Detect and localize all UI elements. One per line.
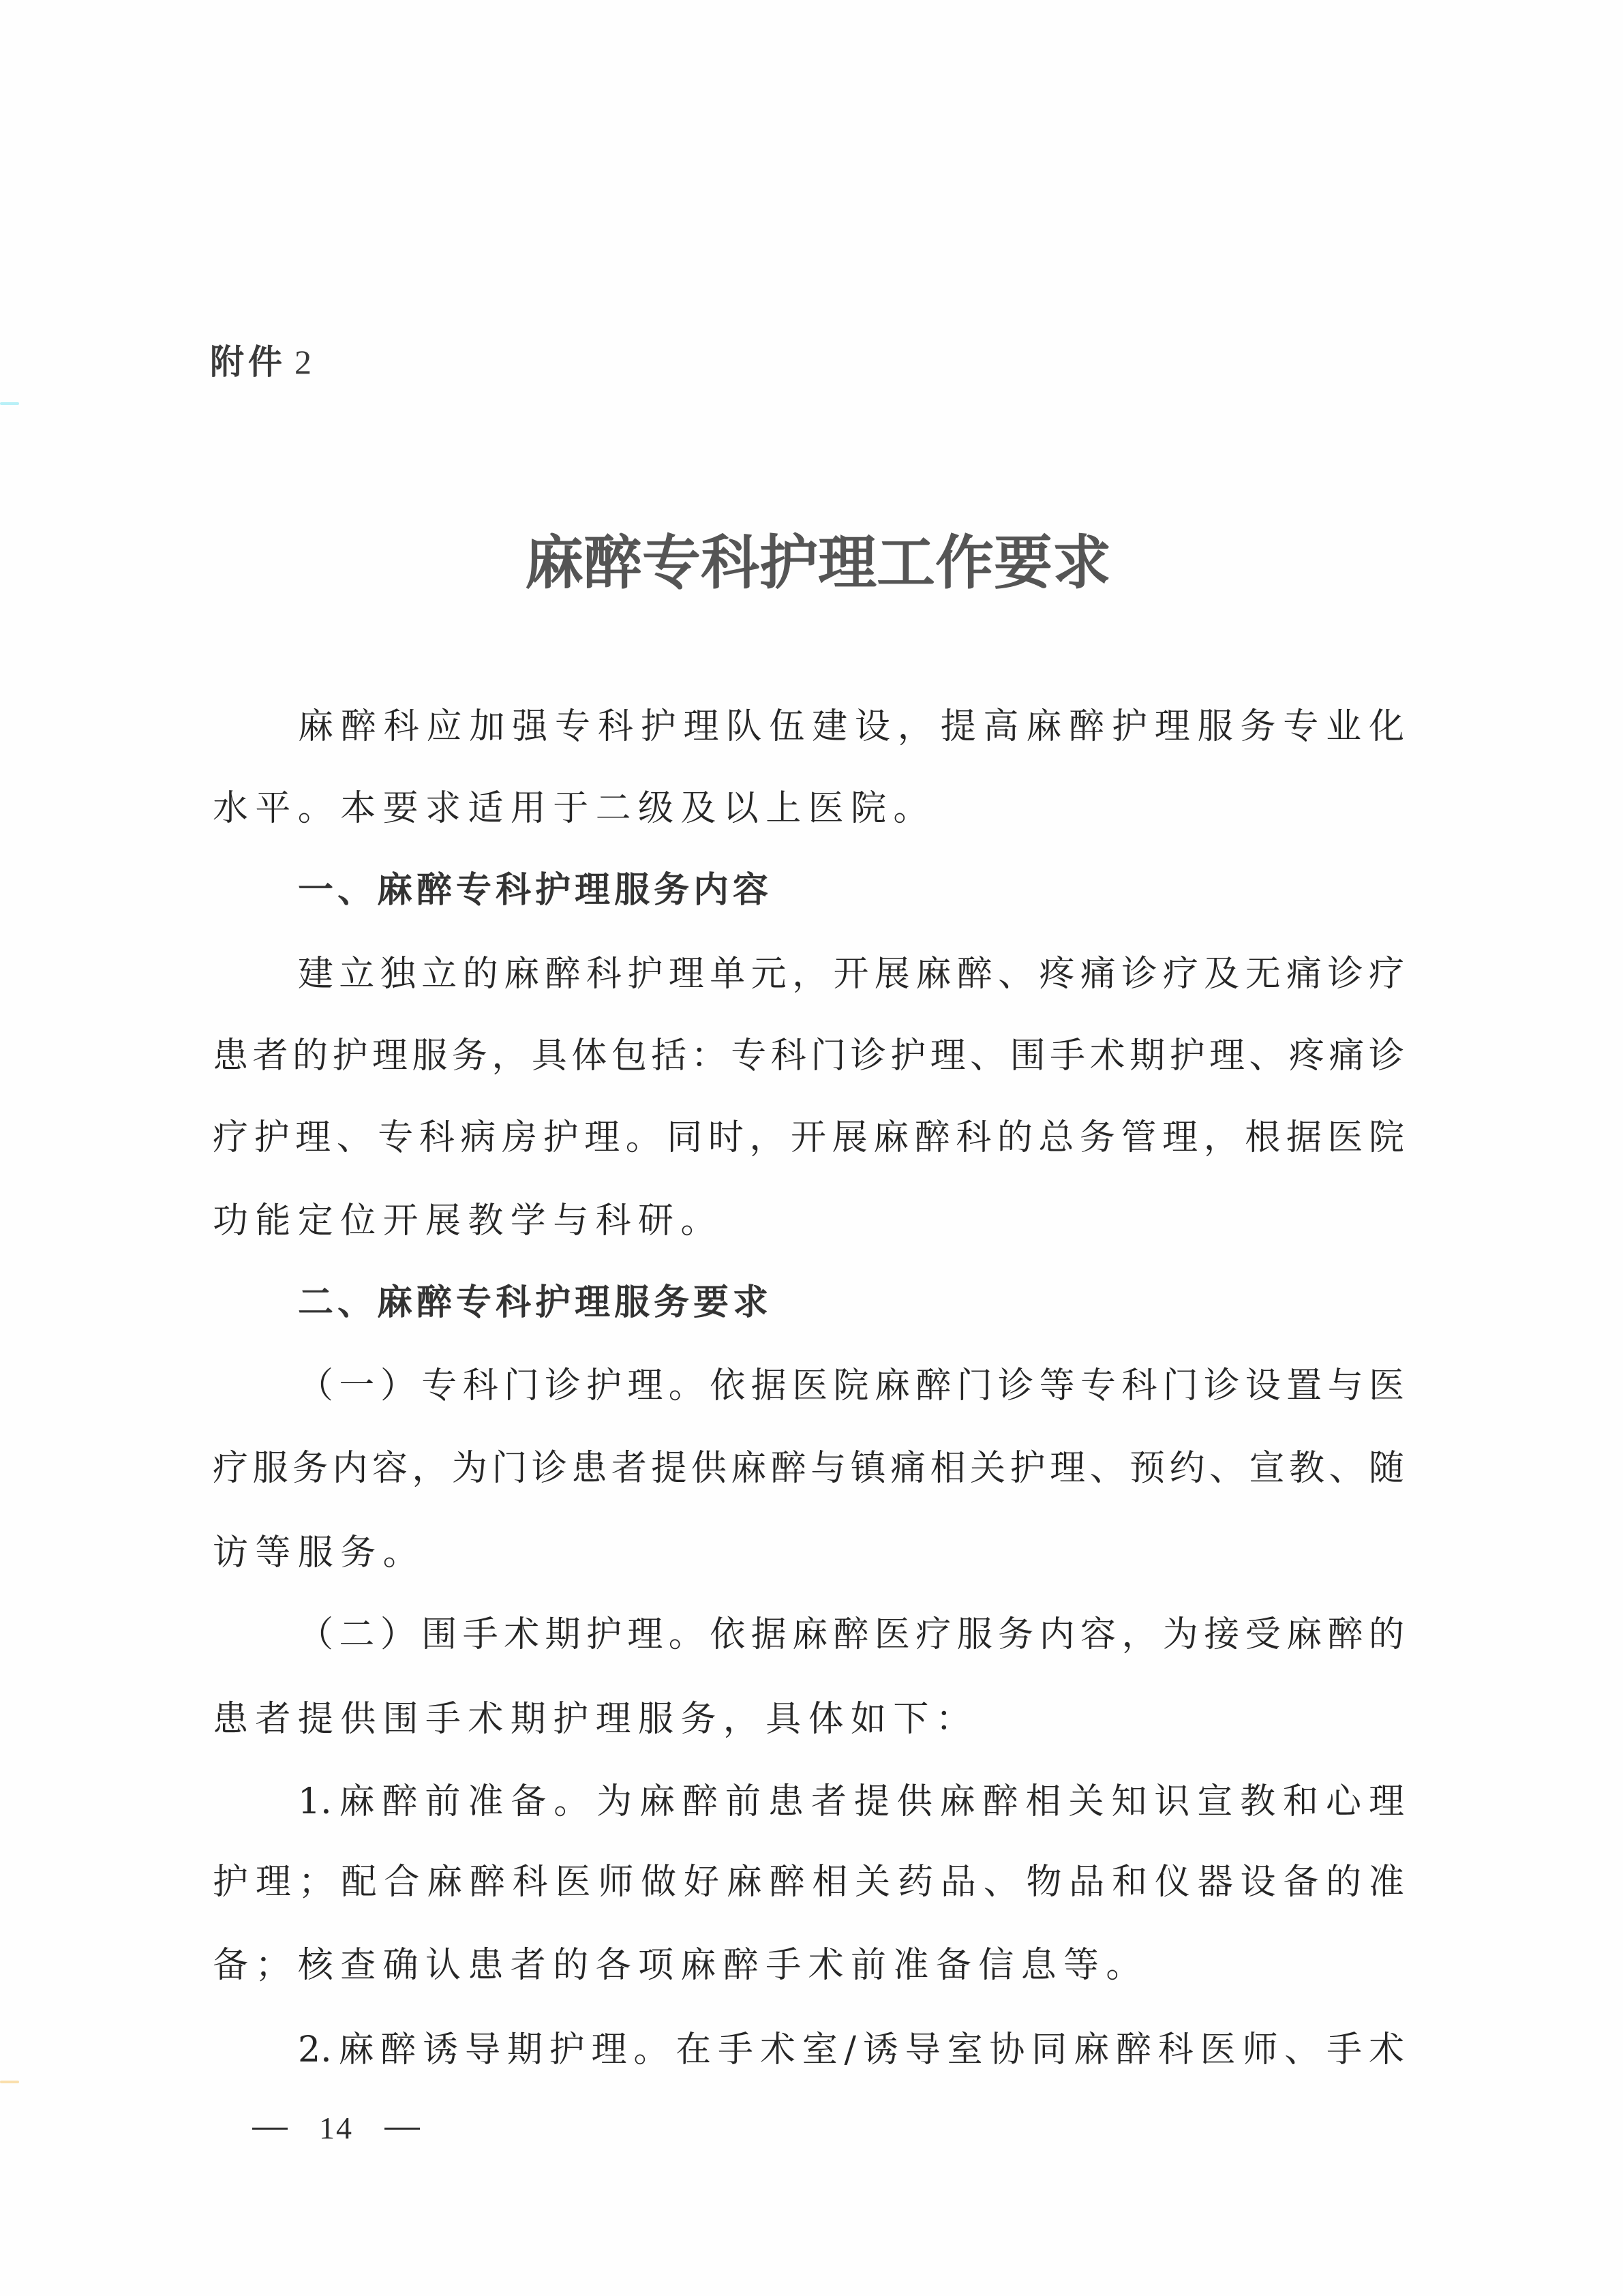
scan-edge-mark-orange xyxy=(0,2081,19,2083)
paragraph-line: 1.麻醉前准备。为麻醉前患者提供麻醉相关知识宣教和心理 xyxy=(298,1779,1404,1824)
paragraph-line: 疗护理、专科病房护理。同时，开展麻醉科的总务管理，根据医院 xyxy=(213,1115,1404,1160)
attachment-number: 2 xyxy=(294,343,316,381)
page-number-value: 14 xyxy=(319,2113,353,2143)
paragraph-line: （二）围手术期护理。依据麻醉医疗服务内容，为接受麻醉的 xyxy=(298,1612,1404,1657)
document-page: 附件2 麻醉专科护理工作要求 麻醉科应加强专科护理队伍建设，提高麻醉护理服务专业… xyxy=(0,0,1623,2296)
paragraph-line: 麻醉科应加强专科护理队伍建设，提高麻醉护理服务专业化 xyxy=(298,704,1404,749)
paragraph-line: 功能定位开展教学与科研。 xyxy=(213,1198,1404,1243)
paragraph-line: 访等服务。 xyxy=(213,1530,1404,1575)
paragraph-line: 疗服务内容，为门诊患者提供麻醉与镇痛相关护理、预约、宣教、随 xyxy=(213,1446,1404,1491)
section-heading: 一、麻醉专科护理服务内容 xyxy=(298,868,772,913)
scan-edge-mark-cyan xyxy=(0,402,19,405)
paragraph-line: 患者提供围手术期护理服务，具体如下： xyxy=(213,1697,1404,1742)
paragraph-line: 患者的护理服务，具体包括：专科门诊护理、围手术期护理、疼痛诊 xyxy=(213,1033,1404,1078)
paragraph-line: 水平。本要求适用于二级及以上医院。 xyxy=(213,786,1404,831)
paragraph-line: 建立独立的麻醉科护理单元，开展麻醉、疼痛诊疗及无痛诊疗 xyxy=(298,952,1404,997)
attachment-label: 附件2 xyxy=(210,341,316,383)
page-number-dash-right xyxy=(384,2128,420,2130)
paragraph-line: 备；核查确认患者的各项麻醉手术前准备信息等。 xyxy=(213,1943,1404,1988)
page-number: 14 xyxy=(252,2113,420,2143)
paragraph-line: （一）专科门诊护理。依据医院麻醉门诊等专科门诊设置与医 xyxy=(298,1363,1404,1408)
page-number-dash-left xyxy=(252,2128,288,2130)
paragraph-line: 护理；配合麻醉科医师做好麻醉相关药品、物品和仪器设备的准 xyxy=(213,1860,1404,1905)
attachment-label-text: 附件 xyxy=(210,342,286,382)
section-heading: 二、麻醉专科护理服务要求 xyxy=(298,1280,772,1325)
page-title: 麻醉专科护理工作要求 xyxy=(525,525,1091,601)
paragraph-line: 2.麻醉诱导期护理。在手术室/诱导室协同麻醉科医师、手术 xyxy=(298,2027,1404,2072)
